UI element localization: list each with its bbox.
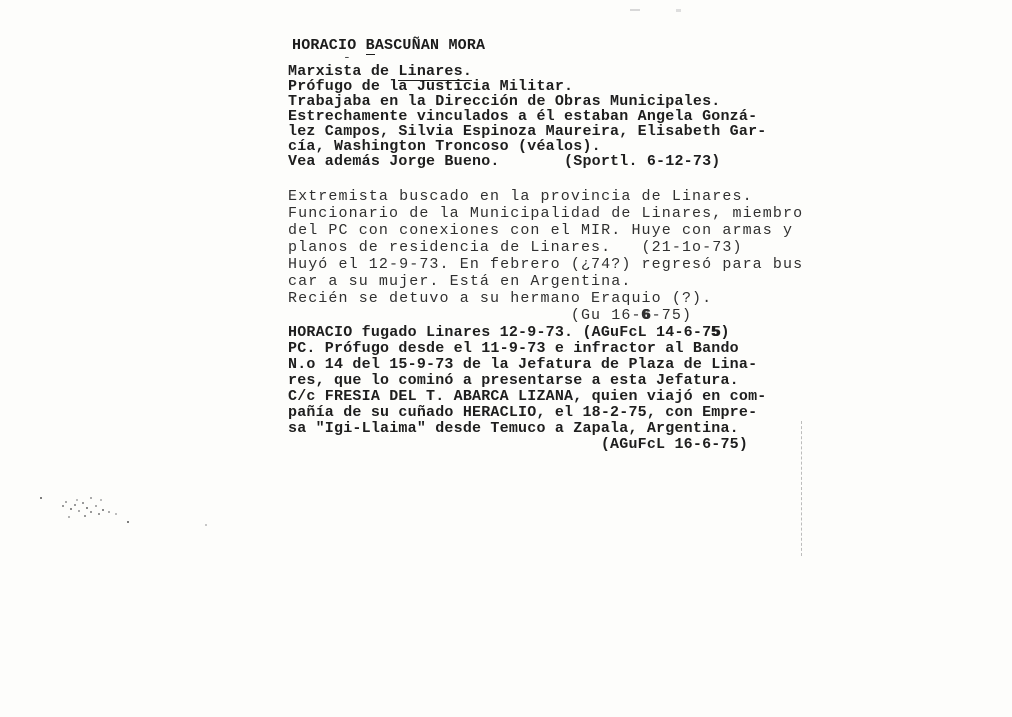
text-segment: planos de residencia de Linares. (21-1o-… (288, 239, 743, 256)
text-line: PC. Prófugo desde el 11-9-73 e infractor… (288, 341, 766, 357)
text-line: lez Campos, Silvia Espinoza Maureira, El… (288, 124, 766, 139)
text-line: Huyó el 12-9-73. En febrero (¿74?) regre… (288, 256, 803, 273)
text-segment: del PC con conexiones con el MIR. Huye c… (288, 222, 793, 239)
text-line: res, que lo cominó a presentarse a esta … (288, 373, 766, 389)
text-segment: HORACIO fugado Linares 12-9-73. (AGuFcL … (288, 324, 711, 341)
text-line: Extremista buscado en la provincia de Li… (288, 188, 803, 205)
report-block-2: HORACIO fugado Linares 12-9-73. (AGuFcL … (288, 325, 766, 453)
text-line: sa "Igi-Llaima" desde Temuco a Zapala, A… (288, 421, 766, 437)
text-line: (AGuFcL 16-6-75) (288, 437, 766, 453)
text-line: del PC con conexiones con el MIR. Huye c… (288, 222, 803, 239)
text-segment: ASCUÑAN MORA (375, 37, 485, 54)
text-line: C/c FRESIA DEL T. ABARCA LIZANA, quien v… (288, 389, 766, 405)
text-line: Marxista de Linares. (288, 64, 766, 79)
text-segment: sa "Igi-Llaima" desde Temuco a Zapala, A… (288, 420, 739, 437)
text-line: Prófugo de la Justicia Militar. (288, 79, 766, 94)
text-segment: car a su mujer. Está en Argentina. (288, 273, 631, 290)
scan-speck (205, 524, 207, 526)
text-segment: (AGuFcL 16-6-75) (288, 436, 748, 453)
text-segment: Funcionario de la Municipalidad de Linar… (288, 205, 803, 222)
scan-mark-dash: - (343, 50, 351, 65)
text-segment: HORACIO (292, 37, 366, 54)
text-segment: Huyó el 12-9-73. En febrero (¿74?) regre… (288, 256, 803, 273)
report-block-1: Extremista buscado en la provincia de Li… (288, 188, 803, 324)
text-segment: PC. Prófugo desde el 11-9-73 e infractor… (288, 340, 739, 357)
text-line: Vea además Jorge Bueno. (Sportl. 6-12-73… (288, 154, 766, 169)
text-segment: -75) (652, 307, 692, 324)
text-line: (Gu 16-6-75) (288, 307, 803, 324)
text-segment: pañía de su cuñado HERACLIO, el 18-2-75,… (288, 404, 757, 421)
text-segment: Recién se detuvo a su hermano Eraquio (?… (288, 290, 712, 307)
text-segment: N.o 14 del 15-9-73 de la Jefatura de Pla… (288, 356, 757, 373)
text-line: car a su mujer. Está en Argentina. (288, 273, 803, 290)
text-segment: ) (720, 324, 729, 341)
text-segment: Vea además Jorge Bueno. (Sportl. 6-12-73… (288, 153, 720, 170)
text-line: Trabajaba en la Dirección de Obras Munic… (288, 94, 766, 109)
text-line: pañía de su cuñado HERACLIO, el 18-2-75,… (288, 405, 766, 421)
scan-speck (630, 9, 640, 11)
scan-fold-line (801, 421, 802, 556)
text-segment: Extremista buscado en la provincia de Li… (288, 188, 753, 205)
scanned-document-page: HORACIO BASCUÑAN MORA Marxista de Linare… (0, 0, 1012, 717)
underlined-text: B (366, 37, 375, 55)
text-segment: res, que lo cominó a presentarse a esta … (288, 372, 739, 389)
text-line: Recién se detuvo a su hermano Eraquio (?… (288, 290, 803, 307)
intro-block: Marxista de Linares.Prófugo de la Justic… (288, 64, 766, 169)
document-title: HORACIO BASCUÑAN MORA (292, 38, 485, 53)
text-line: cía, Washington Troncoso (véalos). (288, 139, 766, 154)
scan-smudge (40, 483, 42, 485)
text-line: HORACIO fugado Linares 12-9-73. (AGuFcL … (288, 325, 766, 341)
overstruck-text: 6 (642, 307, 652, 324)
text-segment: (Gu 16- (288, 307, 642, 324)
scan-speck (676, 9, 681, 12)
text-line: N.o 14 del 15-9-73 de la Jefatura de Pla… (288, 357, 766, 373)
text-line: Funcionario de la Municipalidad de Linar… (288, 205, 803, 222)
text-segment: C/c FRESIA DEL T. ABARCA LIZANA, quien v… (288, 388, 766, 405)
text-line: planos de residencia de Linares. (21-1o-… (288, 239, 803, 256)
text-line: Estrechamente vinculados a él estaban An… (288, 109, 766, 124)
